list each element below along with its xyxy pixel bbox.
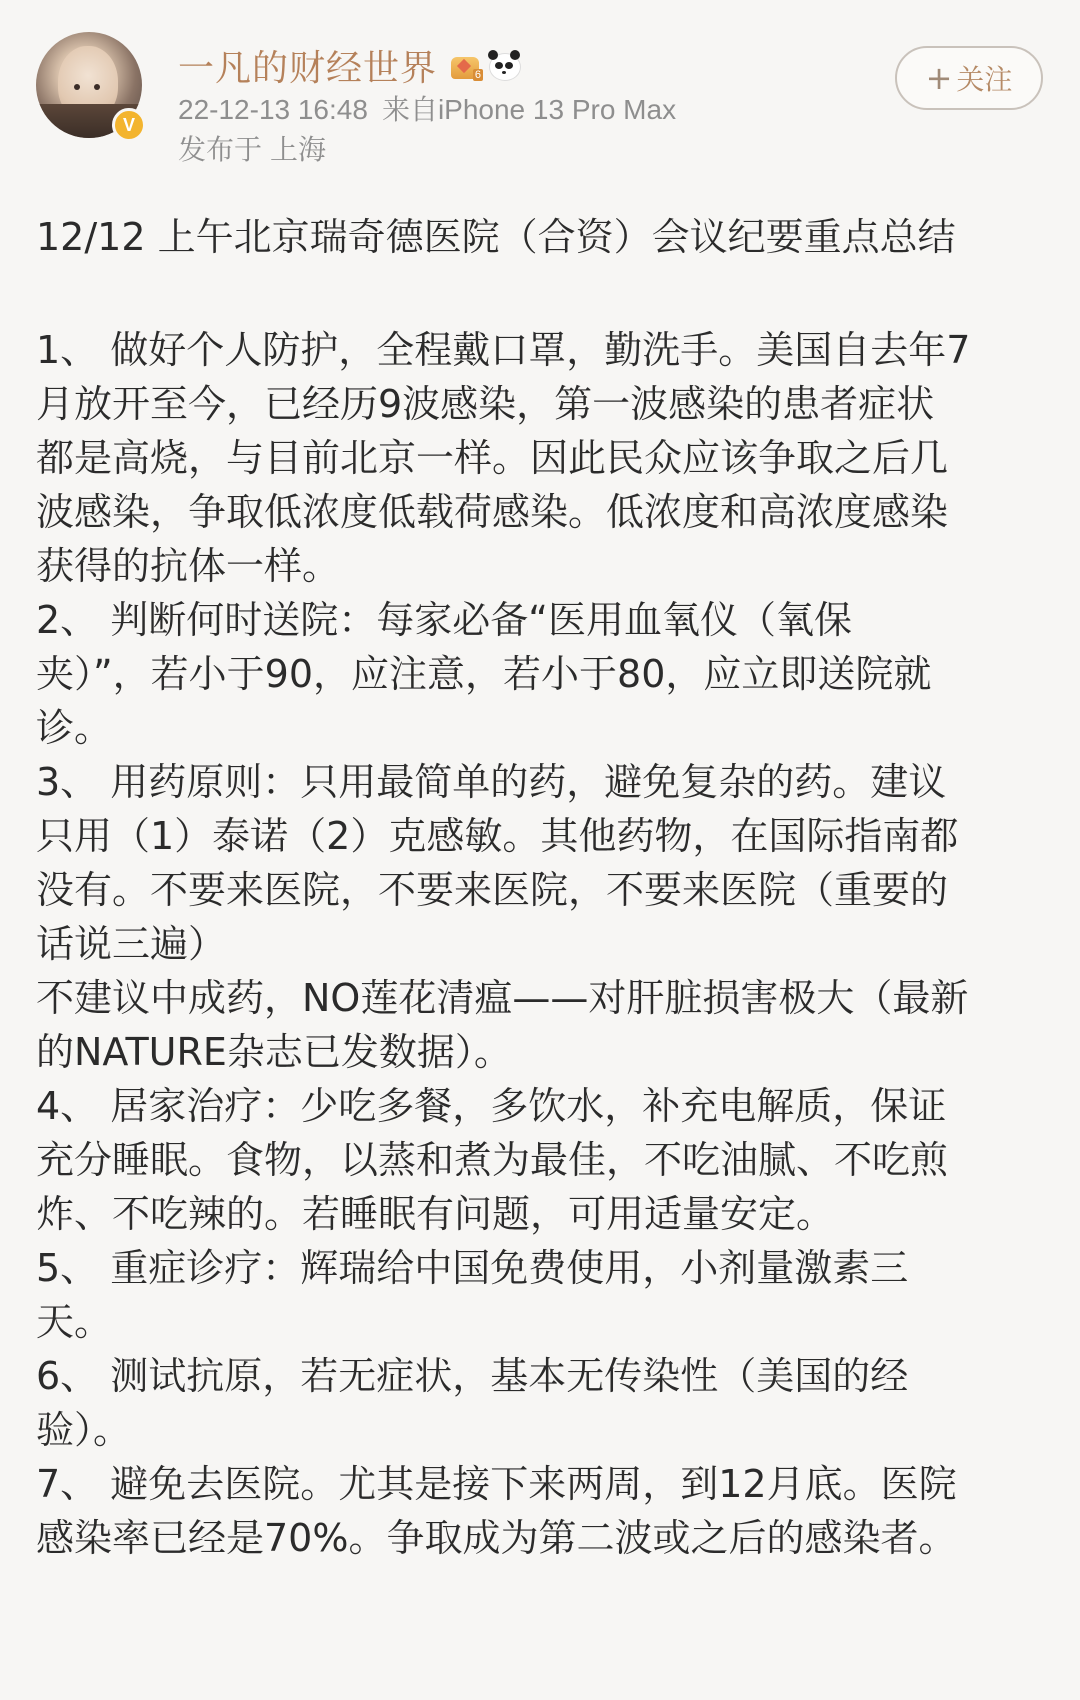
post-location: 发布于上海 <box>178 130 676 170</box>
crown-level-icon[interactable]: 6 <box>449 49 481 81</box>
text-line: 夹）”，若小于90，应注意，若小于80，应立即送院就 <box>36 647 1046 701</box>
verified-icon: V <box>112 108 146 142</box>
avatar-eye <box>94 84 100 90</box>
post-text: 1、 做好个人防护，全程戴口罩，勤洗手。美国自去年7 月放开至今，已经历9波感染… <box>36 323 1046 1565</box>
text-line: 2、 判断何时送院：每家必备“医用血氧仪（氧保 <box>36 593 1046 647</box>
post-meta: 22-12-13 16:48来自iPhone 13 Pro Max <box>178 90 676 130</box>
text-line: 波感染，争取低浓度低载荷感染。低浓度和高浓度感染 <box>36 485 1046 539</box>
text-line: 都是高烧，与目前北京一样。因此民众应该争取之后几 <box>36 431 1046 485</box>
text-line: 验）。 <box>36 1403 1046 1457</box>
text-line: 获得的抗体一样。 <box>36 539 1046 593</box>
text-line: 6、 测试抗原，若无症状，基本无传染性（美国的经 <box>36 1349 1046 1403</box>
text-line: 3、 用药原则：只用最简单的药，避免复杂的药。建议 <box>36 755 1046 809</box>
panda-icon[interactable] <box>487 49 521 81</box>
text-line: 充分睡眠。食物，以蒸和煮为最佳，不吃油腻、不吃煎 <box>36 1133 1046 1187</box>
username-link[interactable]: 一凡的财经世界 <box>178 40 437 91</box>
text-line: 话说三遍） <box>36 917 1046 971</box>
text-line: 诊。 <box>36 701 1046 755</box>
panda-nose <box>502 71 506 74</box>
text-line: 月放开至今，已经历9波感染，第一波感染的患者症状 <box>36 377 1046 431</box>
text-line: 只用（1）泰诺（2）克感敏。其他药物，在国际指南都 <box>36 809 1046 863</box>
post-header: V 一凡的财经世界 6 22-12-13 16:48来自iPhone 13 Pr… <box>0 0 1080 190</box>
location-name: 上海 <box>270 134 326 165</box>
avatar[interactable]: V <box>36 32 144 140</box>
text-line: 炸、不吃辣的。若睡眠有问题，可用适量安定。 <box>36 1187 1046 1241</box>
follow-label: 关注 <box>956 58 1012 98</box>
post-source: 来自iPhone 13 Pro Max <box>382 94 676 125</box>
text-line: 的NATURE杂志已发数据）。 <box>36 1025 1046 1079</box>
post-title: 12/12 上午北京瑞奇德医院（合资）会议纪要重点总结 <box>36 208 1046 266</box>
panda-eye-patch <box>505 62 513 69</box>
text-line: 感染率已经是70%。争取成为第二波或之后的感染者。 <box>36 1511 1046 1565</box>
user-info: 一凡的财经世界 6 22-12-13 16:48来自iPhone 13 Pro … <box>178 40 676 170</box>
post-body: 12/12 上午北京瑞奇德医院（合资）会议纪要重点总结 1、 做好个人防护，全程… <box>36 208 1046 1565</box>
username-row: 一凡的财经世界 6 <box>178 40 676 90</box>
text-line: 天。 <box>36 1295 1046 1349</box>
text-line: 不建议中成药，NO莲花清瘟——对肝脏损害极大（最新 <box>36 971 1046 1025</box>
text-line: 没有。不要来医院，不要来医院，不要来医院（重要的 <box>36 863 1046 917</box>
follow-button[interactable]: + 关注 <box>895 46 1043 110</box>
text-line: 7、 避免去医院。尤其是接下来两周，到12月底。医院 <box>36 1457 1046 1511</box>
panda-ear <box>488 50 498 60</box>
text-line: 4、 居家治疗：少吃多餐，多饮水，补充电解质，保证 <box>36 1079 1046 1133</box>
location-prefix: 发布于 <box>178 134 262 165</box>
text-line: 5、 重症诊疗：辉瑞给中国免费使用，小剂量激素三 <box>36 1241 1046 1295</box>
plus-icon: + <box>926 59 953 97</box>
panda-ear <box>510 50 520 60</box>
avatar-eye <box>74 84 80 90</box>
panda-eye-patch <box>495 62 503 69</box>
blank-line <box>36 266 1046 323</box>
crown-level-number: 6 <box>473 69 483 81</box>
text-line: 1、 做好个人防护，全程戴口罩，勤洗手。美国自去年7 <box>36 323 1046 377</box>
post-timestamp: 22-12-13 16:48 <box>178 94 368 125</box>
